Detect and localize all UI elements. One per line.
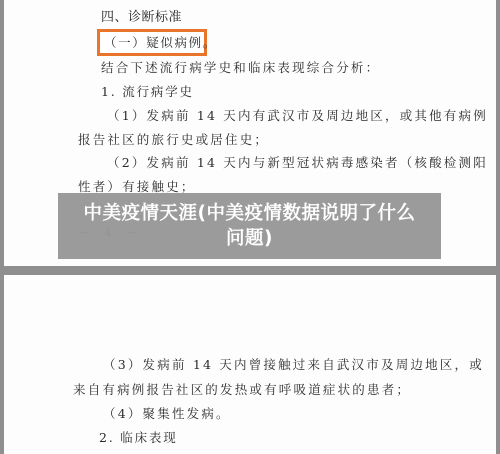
caption-banner[interactable]: 中美疫情天涯(中美疫情数据说明了什么问题) [58, 193, 441, 259]
highlighted-subheading: （一）疑似病例。 [104, 35, 217, 51]
highlighted-subheading-box: （一）疑似病例。 [97, 29, 207, 56]
paragraph-line: 2. 临床表现 [99, 430, 178, 446]
paragraph-line: （4）聚集性发病。 [103, 406, 231, 422]
paragraph-line: 结合下述流行病学史和临床表现综合分析： [101, 60, 380, 76]
paragraph-line: 报告社区的旅行史或居住史； [78, 132, 269, 148]
paragraph-line: （2）发病前 14 天内与新型冠状病毒感染者（核酸检测阳 [107, 155, 488, 171]
paragraph-line: 1. 流行病学史 [101, 84, 194, 100]
paragraph-line: （1）发病前 14 天内有武汉市及周边地区，或其他有病例 [107, 108, 488, 124]
paragraph-line: （3）发病前 14 天内曾接触过来自武汉市及周边地区，或 [103, 357, 484, 373]
section-heading: 四、诊断标准 [101, 10, 182, 26]
document-page-bottom: （3）发病前 14 天内曾接触过来自武汉市及周边地区，或 来自有病例报告社区的发… [4, 275, 496, 454]
caption-title[interactable]: 中美疫情天涯(中美疫情数据说明了什么问题) [75, 201, 425, 251]
paragraph-line: 来自有病例报告社区的发热或有呼吸道症状的患者； [73, 382, 411, 398]
